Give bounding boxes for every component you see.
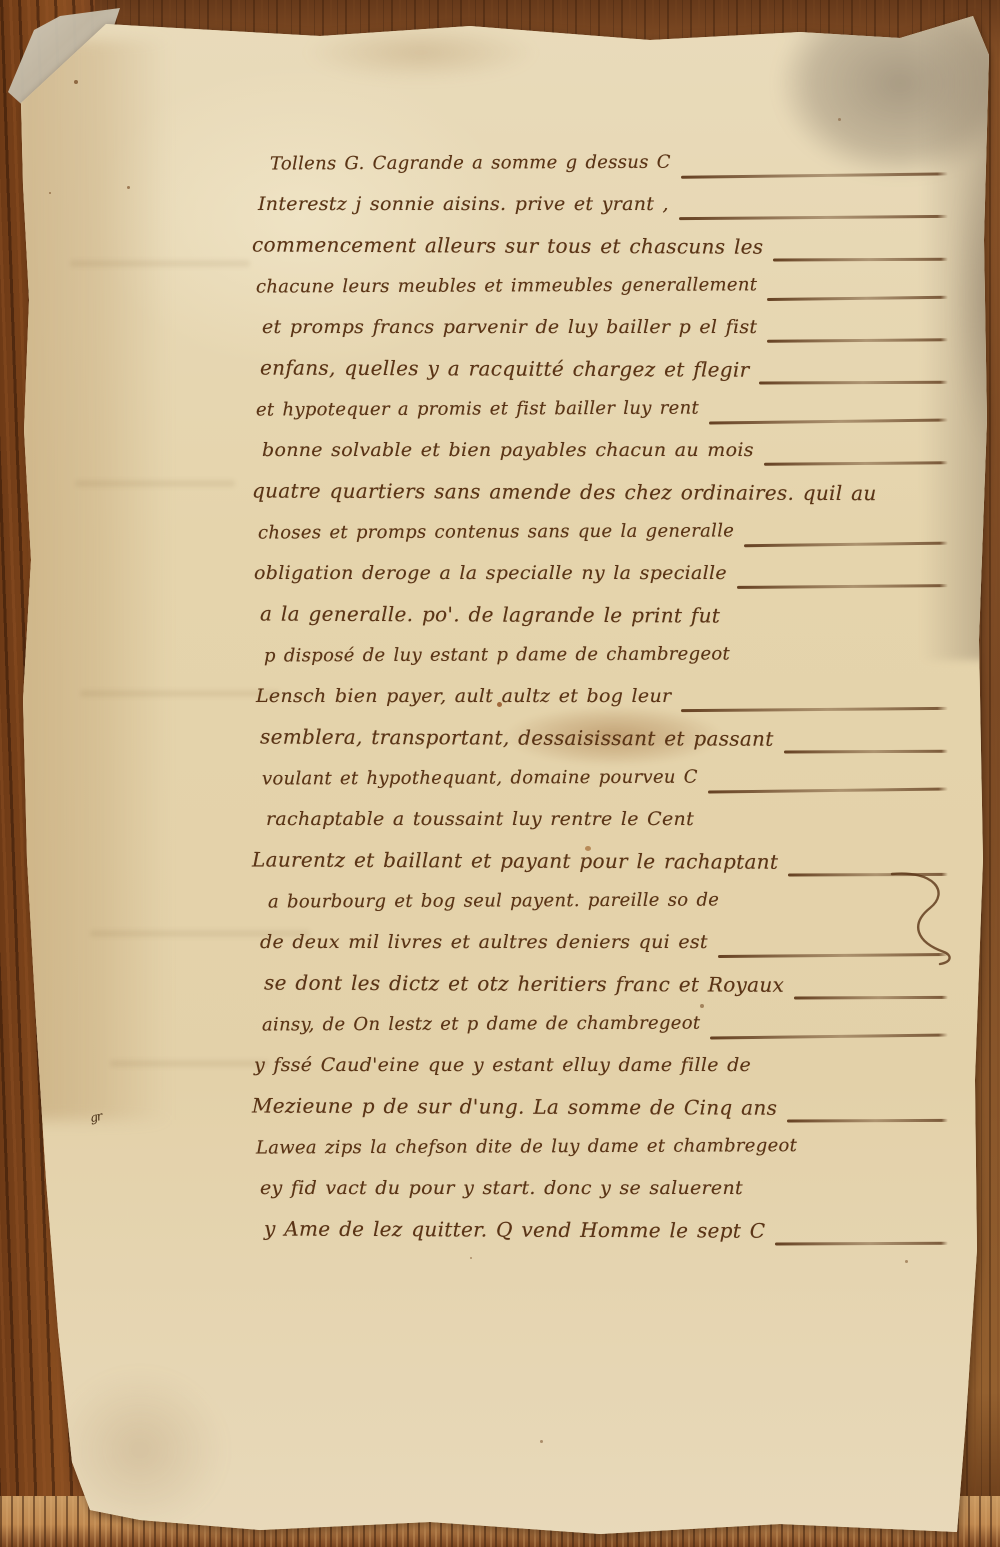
manuscript-line-text: commencement alleurs sur tous et chascun… (252, 232, 763, 258)
manuscript-line-text: de deux mil livres et aultres deniers qu… (260, 931, 708, 953)
manuscript-line: a bourbourg et bog seul payent. pareille… (252, 888, 948, 932)
ink-bleedthrough (110, 1060, 270, 1067)
ink-bleedthrough (70, 260, 250, 267)
line-filler-stroke (775, 1242, 948, 1246)
manuscript-line: a la generalle. po'. de lagrande le prin… (252, 601, 948, 645)
line-filler-stroke (681, 707, 948, 712)
manuscript-line-text: Interestz j sonnie aisins. prive et yran… (258, 193, 669, 215)
ink-bleedthrough (80, 690, 280, 697)
line-filler-stroke (737, 584, 948, 589)
manuscript-line-text: chacune leurs meubles et immeubles gener… (256, 274, 757, 297)
manuscript-line: se dont les dictz et otz heritiers franc… (252, 970, 948, 1014)
manuscript-line-text: se dont les dictz et otz heritiers franc… (264, 971, 784, 997)
manuscript-line-text: et promps francs parvenir de luy bailler… (262, 316, 757, 338)
right-margin-flourish (886, 864, 956, 974)
manuscript-line-text: Tollens G. Cagrande a somme g dessus C (270, 152, 671, 175)
manuscript-line: ainsy, de On lestz et p dame de chambreg… (252, 1011, 948, 1055)
line-filler-stroke (744, 542, 948, 548)
line-filler-stroke (679, 215, 948, 220)
manuscript-line: Lawea zips la chefson dite de luy dame e… (252, 1134, 948, 1178)
manuscript-line-text: Laurentz et baillant et payant pour le r… (252, 847, 778, 873)
manuscript-line-text: p disposé de luy estant p dame de chambr… (264, 643, 730, 666)
manuscript-line: Lensch bien payer, ault aultz et bog leu… (252, 685, 948, 726)
manuscript-line-text: quatre quartiers sans amende des chez or… (252, 478, 877, 505)
manuscript-line-text: Mezieune p de sur d'ung. La somme de Cin… (252, 1093, 777, 1119)
manuscript-line: Interestz j sonnie aisins. prive et yran… (252, 193, 948, 234)
manuscript-line-text: ey fid vact du pour y start. donc y se s… (260, 1177, 743, 1199)
foxing-spot (49, 192, 51, 194)
line-filler-stroke (794, 996, 948, 1000)
manuscript-line-text: enfans, quelles y a racquitté chargez et… (260, 356, 750, 382)
line-filler-stroke (767, 296, 948, 301)
line-filler-stroke (709, 418, 948, 424)
line-filler-stroke (764, 461, 948, 466)
stain-bottom-left (55, 1370, 225, 1530)
manuscript-line-text: a la generalle. po'. de lagrande le prin… (260, 602, 720, 628)
foxing-spot (838, 118, 841, 121)
manuscript-line: y Ame de lez quitter. Q vend Homme le se… (252, 1216, 948, 1260)
manuscript-text-block: Tollens G. Cagrande a somme g dessus CIn… (252, 152, 948, 1259)
manuscript-line-text: y fssé Caud'eine que y estant elluy dame… (254, 1054, 751, 1076)
manuscript-line: et promps francs parvenir de luy bailler… (252, 316, 948, 357)
manuscript-line: rachaptable a toussaint luy rentre le Ce… (252, 808, 948, 849)
line-filler-stroke (710, 1033, 948, 1039)
manuscript-line: p disposé de luy estant p dame de chambr… (252, 642, 948, 686)
ink-bleedthrough (75, 480, 235, 487)
manuscript-line: Laurentz et baillant et payant pour le r… (252, 847, 948, 891)
manuscript-line: Tollens G. Cagrande a somme g dessus C (252, 150, 948, 194)
manuscript-line: commencement alleurs sur tous et chascun… (252, 232, 948, 276)
manuscript-line-text: obligation deroge a la specialle ny la s… (254, 562, 727, 584)
water-stain-left-band (14, 40, 169, 1120)
manuscript-line-text: et hypotequer a promis et fist bailler l… (256, 398, 699, 421)
manuscript-line: chacune leurs meubles et immeubles gener… (252, 273, 948, 317)
line-filler-stroke (767, 338, 948, 343)
line-filler-stroke (773, 258, 948, 262)
stain-top-edge (280, 18, 750, 133)
manuscript-line: voulant et hypothequant, domaine pourveu… (252, 765, 948, 809)
manuscript-line-text: Lawea zips la chefson dite de luy dame e… (256, 1135, 797, 1158)
manuscript-line-text: choses et promps contenus sans que la ge… (258, 520, 734, 543)
manuscript-line: Mezieune p de sur d'ung. La somme de Cin… (252, 1093, 948, 1137)
manuscript-line-text: Lensch bien payer, ault aultz et bog leu… (256, 685, 671, 707)
line-filler-stroke (759, 381, 948, 385)
manuscript-line: de deux mil livres et aultres deniers qu… (252, 931, 948, 972)
line-filler-stroke (784, 750, 948, 754)
manuscript-line-text: bonne solvable et bien payables chacun a… (262, 439, 754, 461)
manuscript-line-text: y Ame de lez quitter. Q vend Homme le se… (264, 1217, 765, 1243)
manuscript-line: enfans, quelles y a racquitté chargez et… (252, 355, 948, 399)
manuscript-line: et hypotequer a promis et fist bailler l… (252, 396, 948, 440)
manuscript-line: semblera, transportant, dessaisissant et… (252, 724, 948, 768)
foxing-spot (540, 1440, 543, 1443)
manuscript-line-text: a bourbourg et bog seul payent. pareille… (268, 889, 719, 912)
manuscript-line-text: semblera, transportant, dessaisissant et… (260, 725, 774, 751)
foxing-spot (905, 1260, 908, 1263)
manuscript-line: quatre quartiers sans amende des chez or… (252, 478, 948, 522)
line-filler-stroke (708, 787, 948, 793)
manuscript-line-text: rachaptable a toussaint luy rentre le Ce… (266, 808, 694, 830)
foxing-spot (127, 186, 130, 189)
foxing-spot (74, 80, 78, 84)
manuscript-line: choses et promps contenus sans que la ge… (252, 519, 948, 563)
manuscript-line: obligation deroge a la specialle ny la s… (252, 562, 948, 603)
manuscript-line: y fssé Caud'eine que y estant elluy dame… (252, 1054, 948, 1095)
manuscript-line: ey fid vact du pour y start. donc y se s… (252, 1177, 948, 1218)
manuscript-line-text: voulant et hypothequant, domaine pourveu… (262, 767, 698, 790)
line-filler-stroke (681, 172, 948, 178)
line-filler-stroke (787, 1119, 948, 1123)
manuscript-line: bonne solvable et bien payables chacun a… (252, 439, 948, 480)
manuscript-line-text: ainsy, de On lestz et p dame de chambreg… (262, 1013, 701, 1036)
